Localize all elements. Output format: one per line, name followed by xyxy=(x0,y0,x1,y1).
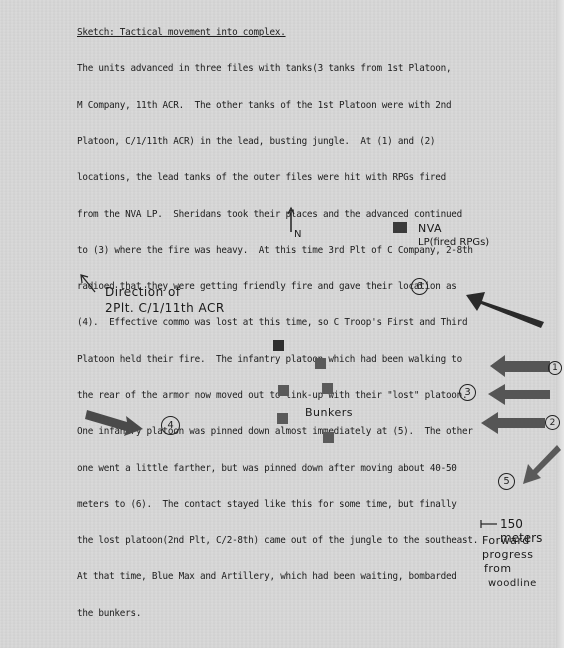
bunker-marker xyxy=(323,432,334,443)
bunker-marker xyxy=(315,358,326,369)
position-marker-3: 3 xyxy=(459,384,476,401)
scale-bar-icon xyxy=(481,520,497,528)
direction-label-line2: 2Plt. C/1/11th ACR xyxy=(105,301,225,315)
direction-arrow-icon xyxy=(81,275,95,292)
arrow-position-4-icon xyxy=(85,410,143,436)
scale-note-line: progress xyxy=(482,548,534,562)
position-marker-1: 1 xyxy=(548,361,562,375)
bunker-marker xyxy=(273,340,284,351)
position-marker-2: 2 xyxy=(545,415,560,430)
nva-label: NVA xyxy=(418,222,442,236)
bunker-marker xyxy=(278,385,289,396)
direction-label-line1: Direction of xyxy=(105,285,181,299)
scale-note-line: Forward xyxy=(482,534,530,548)
arrow-position-1-icon xyxy=(490,355,550,377)
scale-note-line: woodline xyxy=(488,577,537,591)
arrow-position-5-icon xyxy=(523,445,561,484)
sketch-drawing xyxy=(0,0,564,648)
arrow-position-3-icon xyxy=(488,384,550,405)
nva-lp-marker xyxy=(393,222,407,233)
bunker-marker xyxy=(322,383,333,394)
position-marker-5: 5 xyxy=(498,473,515,490)
position-marker-6: 6 xyxy=(411,278,428,295)
arrow-position-2-icon xyxy=(481,412,545,434)
bunkers-label: Bunkers xyxy=(305,406,353,420)
scale-note-line: from xyxy=(484,562,512,576)
position-marker-4: 4 xyxy=(161,416,180,435)
north-label: N xyxy=(294,228,302,242)
nva-lp-label: LP(fired RPGs) xyxy=(418,236,489,250)
dark-attack-arrow-icon xyxy=(466,292,544,328)
bunker-marker xyxy=(277,413,288,424)
